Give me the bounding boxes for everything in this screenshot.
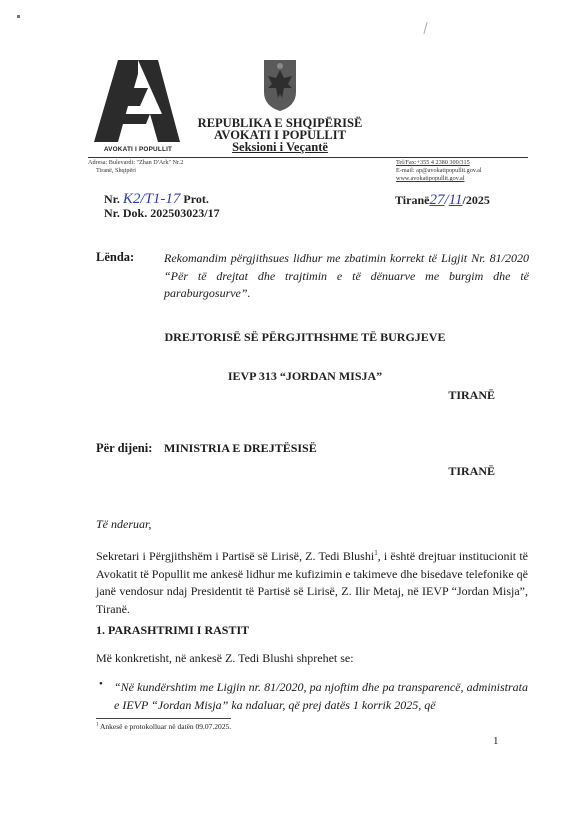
albania-emblem-icon <box>262 58 298 112</box>
tel-fax: Tel/Fax:+355 4 2380 300/315 <box>396 159 482 167</box>
email-link[interactable]: E-mail: ap@avokatipopullit.gov.al <box>396 167 482 175</box>
recipient-city: TIRANË <box>400 388 495 403</box>
address-line: Adresa: Bulevardi: "Zhan D'Ark" Nr.2 <box>88 159 183 167</box>
footnote-text: Ankesë e protokolluar në datën 09.07.202… <box>100 722 231 731</box>
logo-text: AVOKATI I POPULLIT <box>88 146 188 153</box>
document-number: Nr. Dok. 202503023/17 <box>104 206 220 220</box>
header-divider <box>88 157 528 158</box>
address-line: Tiranë, Shqipëri <box>88 167 183 175</box>
cc-org: MINISTRIA E DREJTËSISË <box>164 441 317 456</box>
section-name: Seksioni i Veçantë <box>180 141 380 153</box>
ombudsman-logo: AVOKATI I POPULLIT <box>88 58 188 148</box>
body-paragraph: Sekretari i Përgjithshëm i Partisë së Li… <box>96 545 528 618</box>
subject-text: Rekomandim përgjithsues lidhur me zbatim… <box>164 250 529 303</box>
bullet-item: “Në kundërshtim me Ligjin nr. 81/2020, p… <box>114 679 528 714</box>
date-year: /2025 <box>463 193 490 207</box>
scan-artifact <box>423 22 427 34</box>
handwritten-protocol-number: K2/T1-17 <box>123 191 181 207</box>
section-heading: 1. PARASHTRIMI I RASTIT <box>96 623 249 638</box>
reference-block: Nr. K2/T1-17 Prot. Nr. Dok. 202503023/17 <box>104 192 220 220</box>
recipient-unit: IEVP 313 “JORDAN MISJA” <box>80 369 530 384</box>
contact-block: Tel/Fax:+355 4 2380 300/315 E-mail: ap@a… <box>396 159 482 183</box>
recipient-org: DREJTORISË SË PËRGJITHSHME TË BURGJEVE <box>80 330 530 345</box>
greeting: Të nderuar, <box>96 517 151 532</box>
letterhead-title: REPUBLIKA E SHQIPËRISË AVOKATI I POPULLI… <box>180 117 380 153</box>
logo-a-icon <box>88 58 188 146</box>
para-text: Sekretari i Përgjithshëm i Partisë së Li… <box>96 549 374 563</box>
cc-city: TIRANË <box>400 464 495 479</box>
address-block: Adresa: Bulevardi: "Zhan D'Ark" Nr.2 Tir… <box>88 159 183 175</box>
page-number: 1 <box>493 735 499 747</box>
section-intro: Më konkretisht, në ankesë Z. Tedi Blushi… <box>96 651 354 666</box>
date-line: Tiranë27/11/2025 <box>395 192 490 209</box>
cc-label: Për dijeni: <box>96 441 152 456</box>
date-city: Tiranë <box>395 193 429 207</box>
footnote-marker: 1 <box>96 723 99 728</box>
bullet-icon: • <box>99 678 103 690</box>
subject-label: Lënda: <box>96 250 134 265</box>
nr-suffix: Prot. <box>183 192 208 206</box>
footnote: 1 Ankesë e protokolluar në datën 09.07.2… <box>96 722 231 731</box>
nr-prefix: Nr. <box>104 192 120 206</box>
handwritten-month: 11 <box>449 192 463 208</box>
handwritten-day: 27 <box>429 192 444 208</box>
footnote-divider <box>96 718 231 719</box>
website-link[interactable]: www.avokatipopullit.gov.al <box>396 175 482 183</box>
scan-artifact <box>17 15 20 18</box>
